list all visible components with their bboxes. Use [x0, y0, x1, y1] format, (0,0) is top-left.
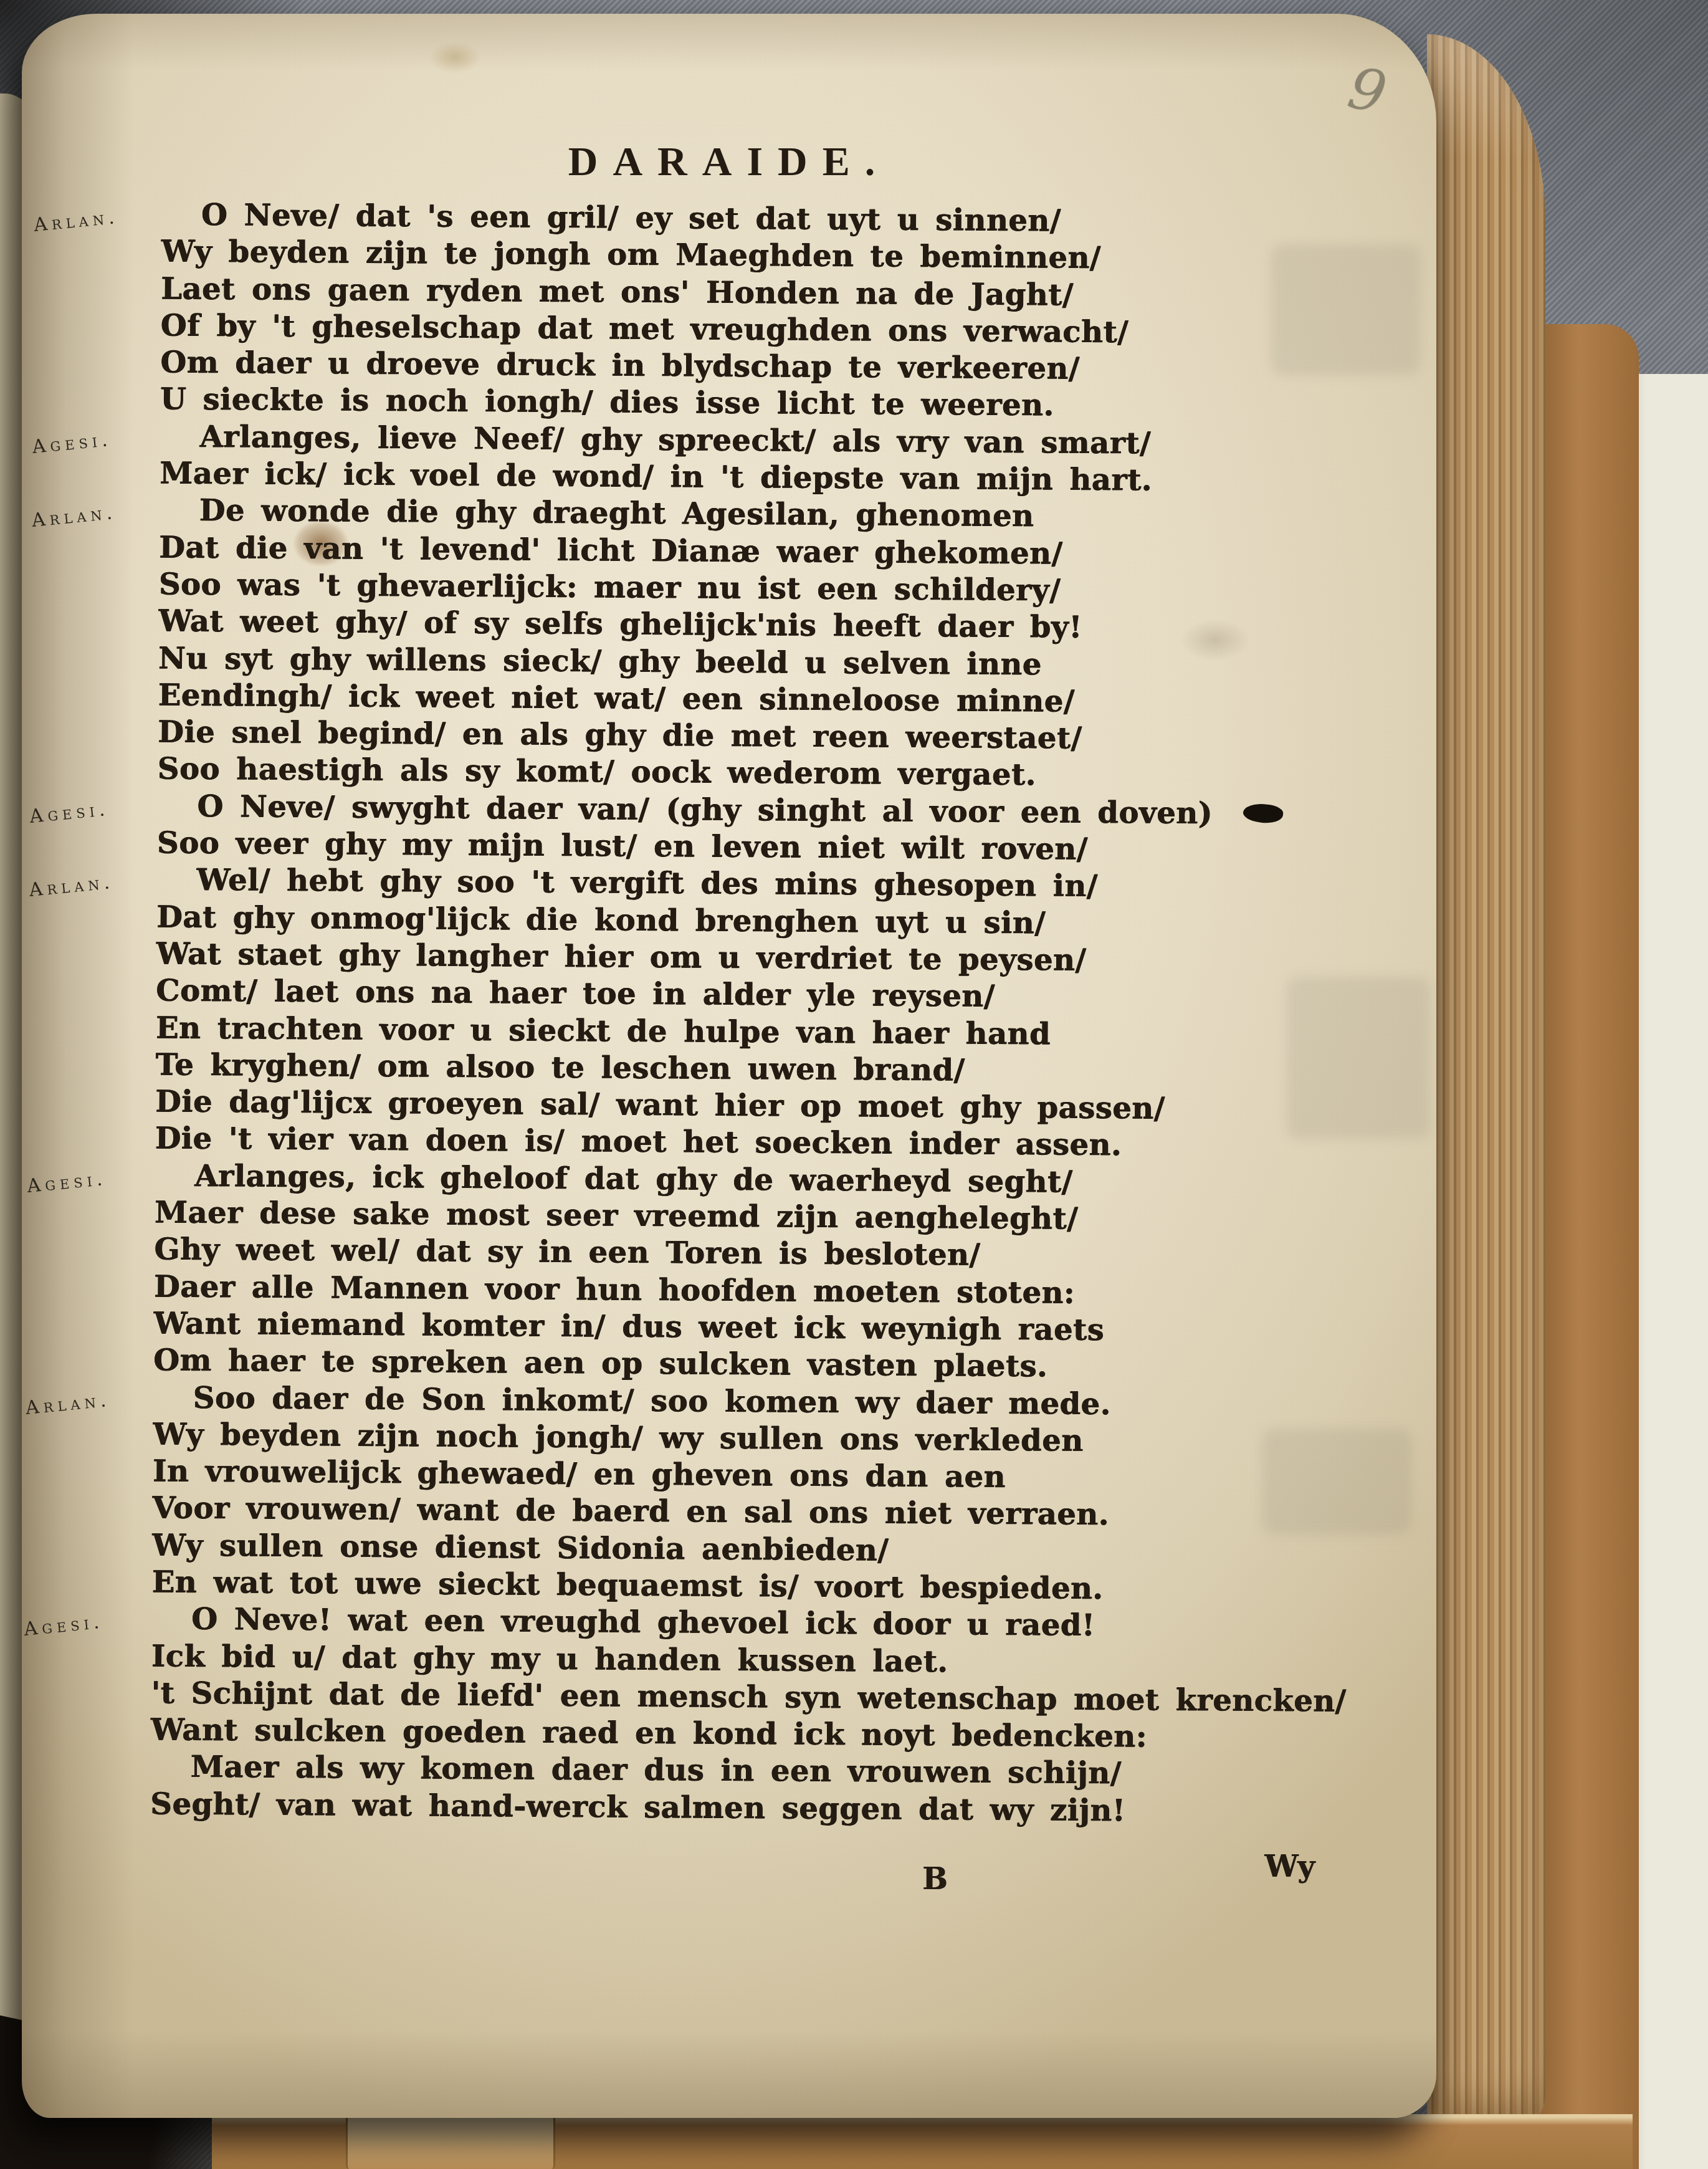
verse-text: Soo haestigh als sy komt/ oock wederom v…: [158, 752, 1036, 793]
leather-cover-tab: [346, 2118, 555, 2169]
speaker-label: Arlan.: [32, 195, 156, 244]
verse-text: Te kryghen/ om alsoo te leschen uwen bra…: [155, 1047, 965, 1088]
page-title: DARAIDE.: [22, 138, 1436, 186]
book-photograph: { "colors":{ "paper":"#efe7d4", "paper-e…: [0, 0, 1708, 2169]
verse-text: En wat tot uwe sieckt bequaemst is/ voor…: [151, 1564, 1103, 1606]
signature-row: B Wy: [156, 1862, 1352, 1899]
verse-text: Wy beyden zijn noch jongh/ wy sullen ons…: [153, 1417, 1084, 1458]
verse-text: Die 't vier van doen is/ moet het soecke…: [155, 1121, 1122, 1163]
verse-text: Ick bid u/ dat ghy my u handen kussen la…: [151, 1639, 948, 1679]
verse-text: Om haer te spreken aen op sulcken vasten…: [153, 1343, 1047, 1384]
verse-text: Arlanges, ick gheloof dat ghy de waerhey…: [194, 1158, 1073, 1199]
verse-text: Eendingh/ ick weet niet wat/ een sinnelo…: [158, 678, 1075, 719]
verse-text: Wy sullen onse dienst Sidonia aenbieden/: [152, 1528, 889, 1568]
book-page: DARAIDE. 9 Arlan. O Neve/ dat 's een gri…: [22, 14, 1436, 2118]
verse-text: U sieckte is noch iongh/ dies isse licht…: [160, 382, 1054, 423]
speaker-label: Agesi.: [28, 787, 153, 835]
verse-text: De wonde die ghy draeght Agesilan, gheno…: [199, 493, 1034, 534]
verse-text: Die snel begind/ en als ghy die met reen…: [158, 714, 1082, 755]
verse-text: Dat ghy onmog'lijck die kond brenghen uy…: [156, 899, 1046, 941]
verse-text: Arlanges, lieve Neef/ ghy spreeckt/ als …: [199, 419, 1151, 461]
verse-text: En trachten voor u sieckt de hulpe van h…: [156, 1010, 1051, 1051]
speaker-label: Agesi.: [31, 417, 155, 466]
verse-text: Maer ick/ ick voel de wond/ in 't diepst…: [160, 456, 1152, 497]
verse-text: Ghy weet wel/ dat sy in een Toren is bes…: [154, 1232, 980, 1273]
verse-text: Voor vrouwen/ want de baerd en sal ons n…: [152, 1491, 1109, 1533]
verse-text: Daer alle Mannen voor hun hoofden moeten…: [154, 1269, 1075, 1310]
handwritten-page-number: 9: [1343, 54, 1393, 127]
page-block-fore-edge: [1427, 34, 1545, 2128]
speaker-label: Arlan.: [24, 1378, 148, 1427]
verse-text: Die dag'lijcx groeyen sal/ want hier op …: [155, 1084, 1165, 1126]
verse-text: 't Schijnt dat de liefd' een mensch syn …: [151, 1675, 1347, 1718]
verse-line: Seght/ van wat hand-werck salmen seggen …: [150, 1786, 1347, 1831]
verse-text: Seght/ van wat hand-werck salmen seggen …: [150, 1786, 1125, 1828]
verse-text: Soo veer ghy my mijn lust/ en leven niet…: [157, 825, 1088, 866]
verse-text: O Neve/ dat 's een gril/ ey set dat uyt …: [201, 198, 1061, 239]
speaker-label: Agesi.: [22, 1599, 147, 1648]
speaker-label: Arlan.: [27, 861, 152, 909]
verse-text: Laet ons gaen ryden met ons' Honden na d…: [161, 271, 1074, 312]
verse-text: Nu syt ghy willens sieck/ ghy beeld u se…: [158, 641, 1042, 682]
verse-text: Wy beyden zijn te jongh om Maeghden te b…: [161, 234, 1101, 276]
verse-text: Wat staet ghy langher hier om u verdriet…: [156, 936, 1086, 977]
verse-text: Maer dese sake most seer vreemd zijn aen…: [155, 1195, 1079, 1236]
verse-text: Dat die van 't levend' licht Dianæ waer …: [159, 530, 1063, 571]
verse-text: O Neve/ swyght daer van/ (ghy singht al …: [197, 789, 1213, 831]
verse-text: Want sulcken goeden raed en kond ick noy…: [151, 1712, 1147, 1754]
speaker-label: Agesi.: [26, 1156, 150, 1205]
paper-stain: [421, 36, 489, 79]
verse-text: Wat weet ghy/ of sy selfs ghelijck'nis h…: [158, 604, 1082, 645]
verse-text: Of by 't gheselschap dat met vreughden o…: [160, 308, 1128, 350]
signature-mark: B: [922, 1862, 948, 1897]
speaker-label: Arlan.: [30, 491, 155, 540]
leather-cover-right-edge: [1530, 324, 1639, 2169]
verse-text: Comt/ laet ons na haer toe in alder yle …: [156, 974, 995, 1014]
verse-text: In vrouwelijck ghewaed/ en gheven ons da…: [153, 1453, 1006, 1495]
verse-text: O Neve! wat een vreughd ghevoel ick door…: [191, 1602, 1095, 1643]
verse-text: Wel/ hebt ghy soo 't vergift des mins gh…: [196, 863, 1098, 904]
verse-text: Maer als wy komen daer dus in een vrouwe…: [190, 1750, 1122, 1791]
verse-text: Soo daer de Son inkomt/ soo komen wy dae…: [193, 1380, 1110, 1421]
verse-text: Want niemand komter in/ dus weet ick wey…: [153, 1306, 1104, 1348]
verse-text: Soo was 't ghevaerlijck: maer nu ist een…: [159, 567, 1061, 608]
catchword: Wy: [1264, 1849, 1315, 1884]
verse-text: Om daer u droeve druck in blydschap te v…: [160, 345, 1080, 386]
verse-lines: Arlan. O Neve/ dat 's een gril/ ey set d…: [150, 196, 1358, 1831]
